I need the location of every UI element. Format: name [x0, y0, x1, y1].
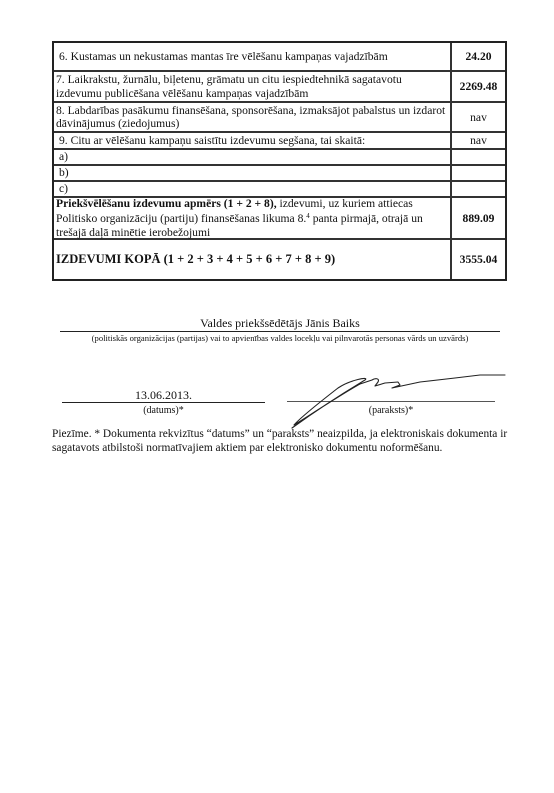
row-label: a) [54, 150, 452, 164]
row-label-text: 7. Laikrakstu, žurnālu, biļetenu, grāmat… [56, 73, 447, 100]
date-line [62, 402, 265, 403]
pre-election-bold: Priekšvēlēšanu izdevumu apmērs (1 + 2 + … [56, 197, 277, 210]
signatory-name: Valdes priekšsēdētājs Jānis Baiks [60, 316, 500, 331]
row-label-text: a) [56, 150, 68, 164]
date-value: 13.06.2013. [62, 388, 265, 403]
row-label: 7. Laikrakstu, žurnālu, biļetenu, grāmat… [54, 72, 452, 101]
table-row: 8. Labdarības pasākumu finansēšana, spon… [54, 103, 505, 133]
pre-election-text: Priekšvēlēšanu izdevumu apmērs (1 + 2 + … [56, 197, 447, 240]
table-row: c) [54, 182, 505, 198]
row-label: b) [54, 166, 452, 180]
table-row: b) [54, 166, 505, 182]
signature-caption: (paraksts)* [287, 405, 495, 416]
row-label: c) [54, 182, 452, 196]
total-value: 3555.04 [452, 240, 505, 279]
row-label: 9. Citu ar vēlēšanu kampaņu saistītu izd… [54, 133, 452, 148]
row-label: 8. Labdarības pasākumu finansēšana, spon… [54, 103, 452, 131]
row-value: 24.20 [452, 43, 505, 70]
pre-election-label: Priekšvēlēšanu izdevumu apmērs (1 + 2 + … [54, 198, 452, 238]
row-label-text: 9. Citu ar vēlēšanu kampaņu saistītu izd… [56, 134, 365, 148]
date-caption: (datums)* [62, 405, 265, 416]
name-line [60, 331, 500, 332]
table-row: 9. Citu ar vēlēšanu kampaņu saistītu izd… [54, 133, 505, 150]
handwritten-signature-icon [280, 370, 530, 435]
row-value: nav [452, 133, 505, 148]
row-value: nav [452, 103, 505, 131]
total-label: IZDEVUMI KOPĀ (1 + 2 + 3 + 4 + 5 + 6 + 7… [54, 240, 452, 279]
row-label-text: 6. Kustamas un nekustamas mantas īre vēl… [56, 50, 388, 64]
table-row: 6. Kustamas un nekustamas mantas īre vēl… [54, 43, 505, 72]
row-label-text: b) [56, 166, 69, 180]
footnote: Piezīme. * Dokumenta rekvizītus “datums”… [52, 427, 512, 455]
row-value [452, 166, 505, 180]
table-row: a) [54, 150, 505, 166]
table-row: 7. Laikrakstu, žurnālu, biļetenu, grāmat… [54, 72, 505, 103]
pre-election-row: Priekšvēlēšanu izdevumu apmērs (1 + 2 + … [54, 198, 505, 240]
row-label-text: 8. Labdarības pasākumu finansēšana, spon… [56, 104, 447, 131]
expenses-table: 6. Kustamas un nekustamas mantas īre vēl… [52, 41, 507, 281]
signatory-caption: (politiskās organizācijas (partijas) vai… [40, 333, 520, 343]
row-value [452, 182, 505, 196]
pre-election-value: 889.09 [452, 198, 505, 238]
row-label-text: c) [56, 182, 68, 196]
row-value: 2269.48 [452, 72, 505, 101]
total-row: IZDEVUMI KOPĀ (1 + 2 + 3 + 4 + 5 + 6 + 7… [54, 240, 505, 279]
row-value [452, 150, 505, 164]
row-label: 6. Kustamas un nekustamas mantas īre vēl… [54, 43, 452, 70]
